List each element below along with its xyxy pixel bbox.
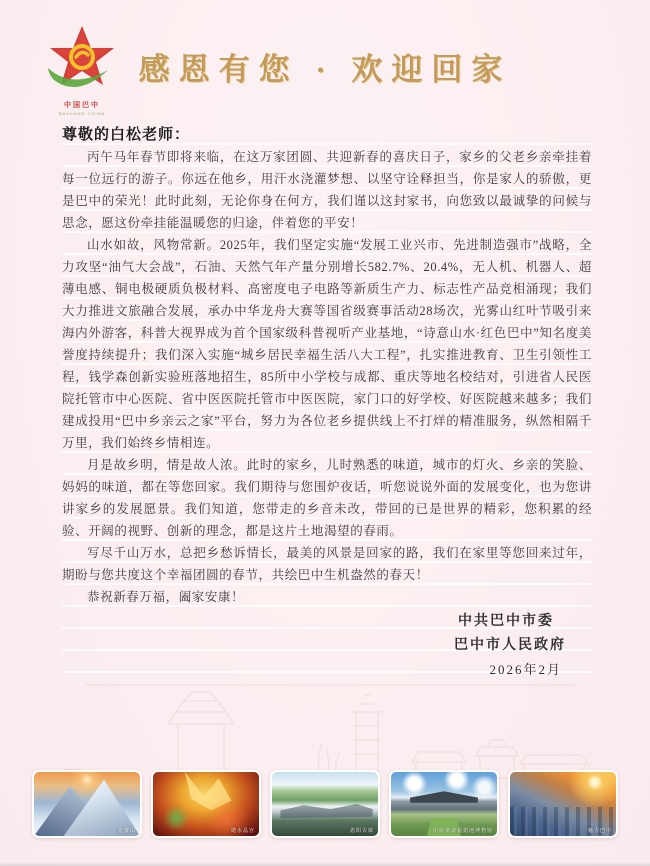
logo-subcaption: BAZHONG CHINA bbox=[36, 111, 128, 116]
letter-paragraph-1: 丙午马年春节即将来临，在这万家团圆、共迎新春的喜庆日子，家乡的父老乡亲牵挂着每一… bbox=[62, 146, 592, 234]
letter-paragraph-4: 写尽千山万水，总把乡愁诉情长，最美的风景是回家的路，我们在家里等您回来过年，期盼… bbox=[62, 542, 592, 586]
photo-museum: 川陕革命根据地博物馆 bbox=[389, 770, 499, 838]
photo-karst-cave: 诺水晶宫 bbox=[151, 770, 261, 838]
signature-date: 2026年2月 bbox=[62, 658, 592, 682]
signature-government: 巴中市人民政府 bbox=[62, 634, 592, 658]
letter-body: 尊敬的白松老师： 丙午马年春节即将来临，在这万家团圆、共迎新春的喜庆日子，家乡的… bbox=[62, 124, 592, 682]
letter-paragraph-2: 山水如故，风物常新。2025年，我们坚定实施“发展工业兴市、先进制造强市”战略，… bbox=[62, 234, 592, 454]
photo-city-aerial: 魅力巴中 bbox=[508, 770, 618, 838]
letter-greeting: 尊敬的白松老师： bbox=[62, 124, 592, 146]
signature-committee: 中共巴中市委 bbox=[62, 610, 592, 634]
photo-caption: 诺水晶宫 bbox=[231, 827, 255, 834]
photo-ancient-town: 恩阳古镇 bbox=[270, 770, 380, 838]
letter-paragraph-5: 恭祝新春万福，阖家安康！ bbox=[62, 586, 592, 608]
photo-caption: 光雾山 bbox=[118, 827, 136, 834]
photo-snow-mountain: 光雾山 bbox=[32, 770, 142, 838]
photo-caption: 恩阳古镇 bbox=[350, 827, 374, 834]
letter-page: 中国巴中 BAZHONG CHINA 感恩有您 · 欢迎回家 尊敬的白松老师： … bbox=[0, 0, 650, 866]
signature-block: 中共巴中市委 巴中市人民政府 2026年2月 bbox=[62, 610, 592, 682]
letter-paragraph-3: 月是故乡明，情是故人浓。此时的家乡，儿时熟悉的味道，城市的灯火、乡亲的笑脸、妈妈… bbox=[62, 454, 592, 542]
photo-caption: 魅力巴中 bbox=[588, 827, 612, 834]
page-title: 感恩有您 · 欢迎回家 bbox=[0, 44, 650, 89]
photo-strip: 光雾山 诺水晶宫 恩阳古镇 川陕革命根据地博物馆 魅力巴中 bbox=[0, 770, 650, 838]
bottom-edge bbox=[0, 862, 650, 866]
photo-caption: 川陕革命根据地博物馆 bbox=[433, 827, 493, 834]
logo-caption: 中国巴中 bbox=[36, 100, 128, 110]
